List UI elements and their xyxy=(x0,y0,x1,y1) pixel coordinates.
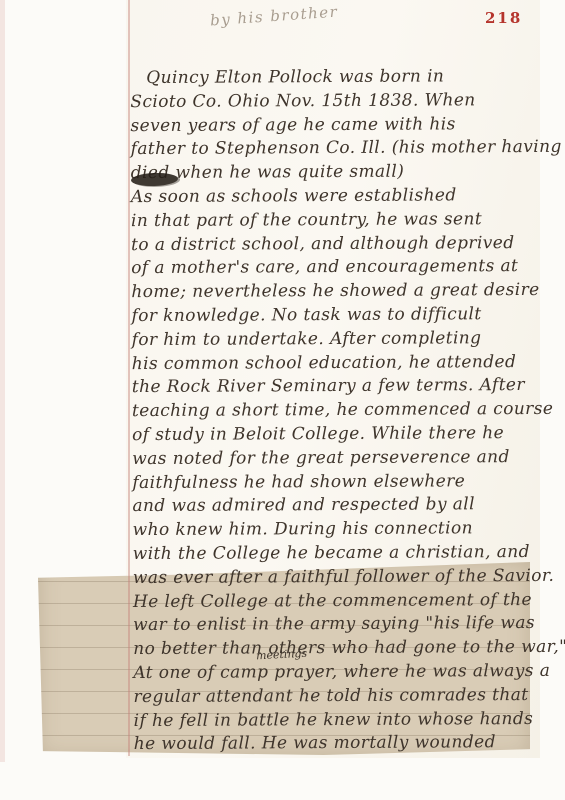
manuscript-line: Quincy Elton Pollock was born in xyxy=(130,65,536,91)
manuscript-line: who knew him. During his connection xyxy=(133,517,539,543)
manuscript-line: As soon as schools were established xyxy=(131,184,537,210)
page-number: 218 xyxy=(485,9,522,27)
manuscript-line: He left College at the commencement of t… xyxy=(133,588,539,614)
manuscript-line: faithfulness he had shown elsewhere xyxy=(132,469,538,495)
manuscript-line: with the College he became a christian, … xyxy=(133,541,539,567)
manuscript-line: war to enlist in the army saying "his li… xyxy=(133,612,539,638)
manuscript-line: no better than others who had gone to th… xyxy=(133,636,539,662)
manuscript-line: in that part of the country, he was sent xyxy=(131,208,537,234)
manuscript-line: he would fall. He was mortally wounded xyxy=(134,731,540,757)
manuscript-line: died when he was quite small) xyxy=(131,160,537,186)
manuscript-line: Scioto Co. Ohio Nov. 15th 1838. When xyxy=(130,89,536,115)
manuscript-line: if he fell in battle he knew into whose … xyxy=(134,707,540,733)
manuscript-line: of study in Beloit College. While there … xyxy=(132,422,538,448)
scan-edge-tint xyxy=(0,0,5,762)
manuscript-line: At one of camp prayer, where he was alwa… xyxy=(133,660,539,686)
manuscript-line: of a mother's care, and encouragements a… xyxy=(131,255,537,281)
manuscript-line: was ever after a faithful follower of th… xyxy=(133,565,539,591)
manuscript-line: and was admired and respected by all xyxy=(132,493,538,519)
manuscript-line: teaching a short time, he commenced a co… xyxy=(132,398,538,424)
manuscript-line: seven years of age he came with his xyxy=(130,113,536,139)
manuscript-line: father to Stephenson Co. Ill. (his mothe… xyxy=(131,136,537,162)
manuscript-line: home; nevertheless he showed a great des… xyxy=(131,279,537,305)
manuscript-line: the Rock River Seminary a few terms. Aft… xyxy=(132,374,538,400)
manuscript-line: for him to undertake. After completing xyxy=(132,327,538,353)
manuscript-line: to a district school, and although depri… xyxy=(131,232,537,258)
manuscript-line: regular attendant he told his comrades t… xyxy=(133,684,539,710)
manuscript-line: was noted for the great perseverence and xyxy=(132,446,538,472)
manuscript-line: his common school education, he attended xyxy=(132,351,538,377)
interlinear-insertion: meetings xyxy=(256,647,308,663)
manuscript-text: Quincy Elton Pollock was born inScioto C… xyxy=(130,65,540,757)
scanned-document: by his brother 218 Quincy Elton Pollock … xyxy=(0,0,565,800)
manuscript-line: for knowledge. No task was to difficult xyxy=(131,303,537,329)
